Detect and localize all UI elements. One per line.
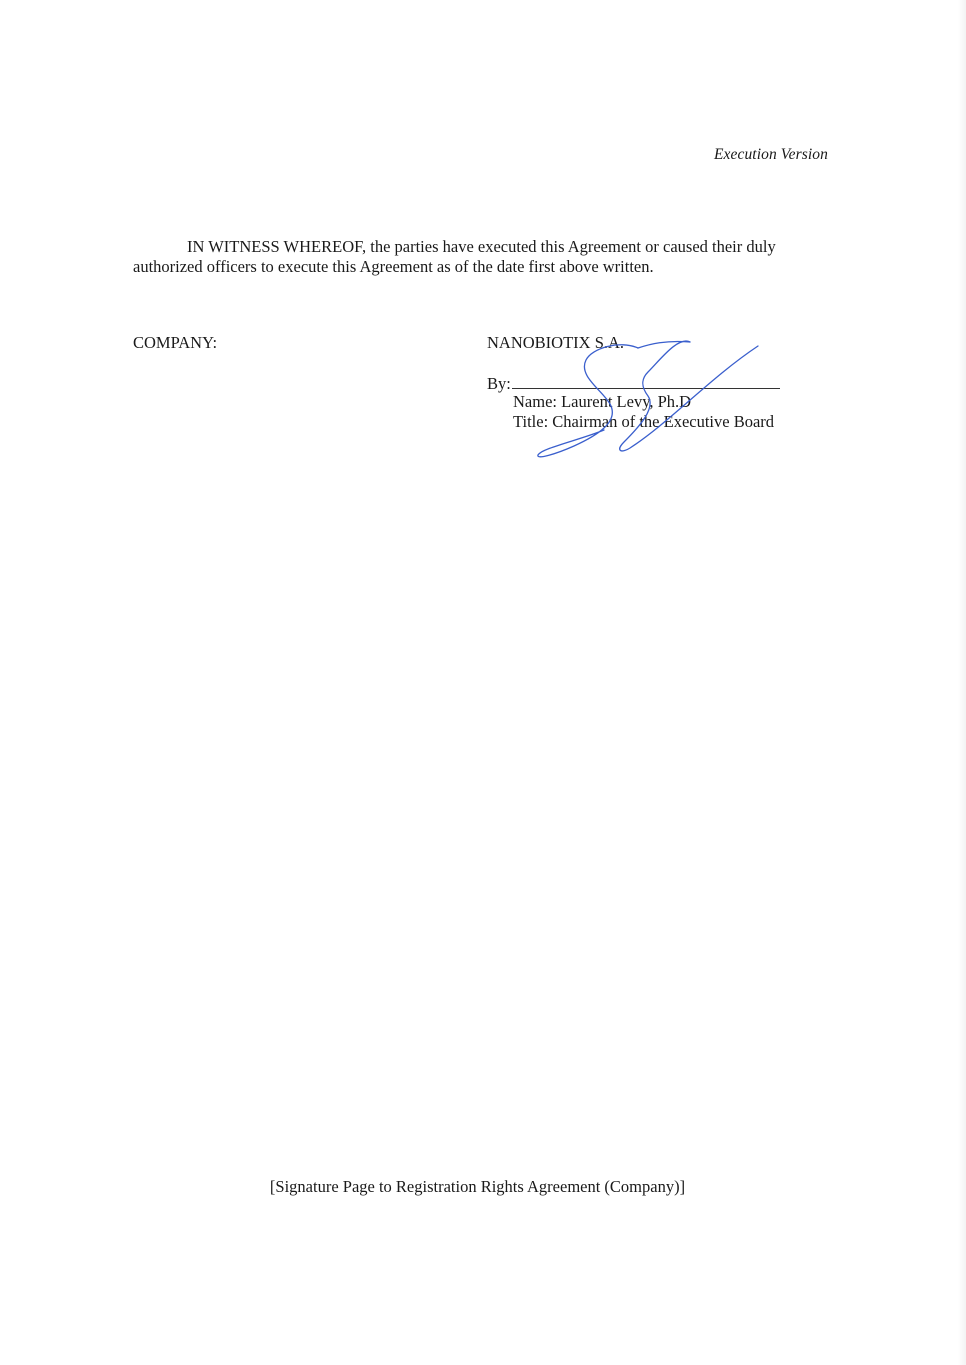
version-label: Execution Version [714, 146, 828, 164]
signer-title: Title: Chairman of the Executive Board [487, 412, 780, 432]
signature-line [512, 374, 780, 389]
document-page: Execution Version IN WITNESS WHEREOF, th… [0, 0, 966, 1365]
page-footer-caption: [Signature Page to Registration Rights A… [0, 1177, 955, 1197]
witness-paragraph: IN WITNESS WHEREOF, the parties have exe… [133, 237, 833, 277]
by-row: By: [487, 374, 780, 394]
signer-name: Name: Laurent Levy, Ph.D [487, 392, 780, 412]
party-label: COMPANY: [133, 333, 217, 353]
witness-text: IN WITNESS WHEREOF, the parties have exe… [133, 237, 776, 276]
by-label: By: [487, 374, 511, 393]
entity-name: NANOBIOTIX S.A. [487, 333, 780, 353]
signature-block: NANOBIOTIX S.A. By: Name: Laurent Levy, … [487, 333, 780, 432]
page-edge-shadow [958, 0, 966, 1365]
